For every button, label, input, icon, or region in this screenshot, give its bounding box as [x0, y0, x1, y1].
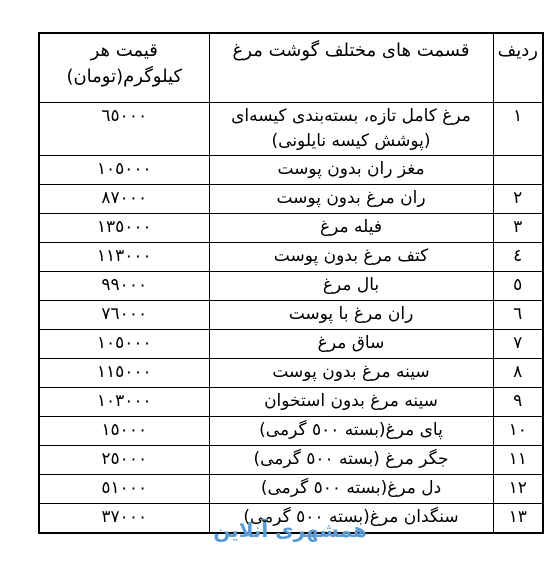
row-number-cell: ١ [493, 103, 543, 156]
table-row: ٨سینه مرغ بدون پوست١١٥٠٠٠ [39, 359, 543, 388]
row-number-cell: ٧ [493, 330, 543, 359]
price-cell: ١٠٣٠٠٠ [39, 388, 209, 417]
table-body: ١مرغ کامل تازه، بسته‌بندی کیسه‌ای (پوشش … [39, 103, 543, 534]
part-name-cell: بال مرغ [209, 272, 493, 301]
row-number-cell: ١٢ [493, 475, 543, 504]
table-row: مغز ران بدون پوست١٠٥٠٠٠ [39, 156, 543, 185]
price-cell: ٥١٠٠٠ [39, 475, 209, 504]
table-header: ردیف قسمت های مختلف گوشت مرغ قیمت هر کیل… [39, 33, 543, 103]
price-cell: ٨٧٠٠٠ [39, 185, 209, 214]
row-number-cell: ٣ [493, 214, 543, 243]
part-name-cell: سینه مرغ بدون پوست [209, 359, 493, 388]
table-row: ١٠پای مرغ(بسته ٥٠٠ گرمی)١٥٠٠٠ [39, 417, 543, 446]
row-number-cell: ١٠ [493, 417, 543, 446]
row-number-cell: ٨ [493, 359, 543, 388]
header-row-number: ردیف [493, 33, 543, 103]
row-number-cell: ٦ [493, 301, 543, 330]
header-row: ردیف قسمت های مختلف گوشت مرغ قیمت هر کیل… [39, 33, 543, 103]
price-cell: ١٣٥٠٠٠ [39, 214, 209, 243]
price-cell: ١٥٠٠٠ [39, 417, 209, 446]
part-name-cell: مغز ران بدون پوست [209, 156, 493, 185]
part-name-cell: ران مرغ با پوست [209, 301, 493, 330]
part-name-cell: سینه مرغ بدون استخوان [209, 388, 493, 417]
header-part-name: قسمت های مختلف گوشت مرغ [209, 33, 493, 103]
table-row: ٢ران مرغ بدون پوست٨٧٠٠٠ [39, 185, 543, 214]
row-number-cell: ٥ [493, 272, 543, 301]
table-row: ٤کتف مرغ بدون پوست١١٣٠٠٠ [39, 243, 543, 272]
part-name-cell: ران مرغ بدون پوست [209, 185, 493, 214]
table-row: ١٢دل مرغ(بسته ٥٠٠ گرمی)٥١٠٠٠ [39, 475, 543, 504]
table-row: ١مرغ کامل تازه، بسته‌بندی کیسه‌ای (پوشش … [39, 103, 543, 156]
price-cell: ٦٥٠٠٠ [39, 103, 209, 156]
header-price-per-kg: قیمت هر کیلوگرم(تومان) [39, 33, 209, 103]
price-cell: ٩٩٠٠٠ [39, 272, 209, 301]
price-cell: ١٠٥٠٠٠ [39, 330, 209, 359]
part-name-cell: فیله مرغ [209, 214, 493, 243]
part-name-cell: مرغ کامل تازه، بسته‌بندی کیسه‌ای (پوشش ک… [209, 103, 493, 156]
row-number-cell [493, 156, 543, 185]
part-name-cell: جگر مرغ (بسته ٥٠٠ گرمی) [209, 446, 493, 475]
part-name-cell: پای مرغ(بسته ٥٠٠ گرمی) [209, 417, 493, 446]
row-number-cell: ١١ [493, 446, 543, 475]
table-row: ٦ران مرغ با پوست٧٦٠٠٠ [39, 301, 543, 330]
part-name-cell: کتف مرغ بدون پوست [209, 243, 493, 272]
chicken-price-table: ردیف قسمت های مختلف گوشت مرغ قیمت هر کیل… [38, 32, 544, 534]
part-name-cell: ساق مرغ [209, 330, 493, 359]
table-row: ٣فیله مرغ١٣٥٠٠٠ [39, 214, 543, 243]
source-credit: همشهری آنلاین [38, 518, 542, 542]
part-name-cell: دل مرغ(بسته ٥٠٠ گرمی) [209, 475, 493, 504]
price-cell: ١١٣٠٠٠ [39, 243, 209, 272]
table-row: ٧ساق مرغ١٠٥٠٠٠ [39, 330, 543, 359]
row-number-cell: ٤ [493, 243, 543, 272]
price-cell: ٢٥٠٠٠ [39, 446, 209, 475]
price-cell: ١٠٥٠٠٠ [39, 156, 209, 185]
table-row: ٩سینه مرغ بدون استخوان١٠٣٠٠٠ [39, 388, 543, 417]
row-number-cell: ٢ [493, 185, 543, 214]
row-number-cell: ٩ [493, 388, 543, 417]
price-cell: ١١٥٠٠٠ [39, 359, 209, 388]
price-table-container: ردیف قسمت های مختلف گوشت مرغ قیمت هر کیل… [38, 32, 542, 534]
table-row: ١١جگر مرغ (بسته ٥٠٠ گرمی)٢٥٠٠٠ [39, 446, 543, 475]
table-row: ٥بال مرغ٩٩٠٠٠ [39, 272, 543, 301]
price-cell: ٧٦٠٠٠ [39, 301, 209, 330]
